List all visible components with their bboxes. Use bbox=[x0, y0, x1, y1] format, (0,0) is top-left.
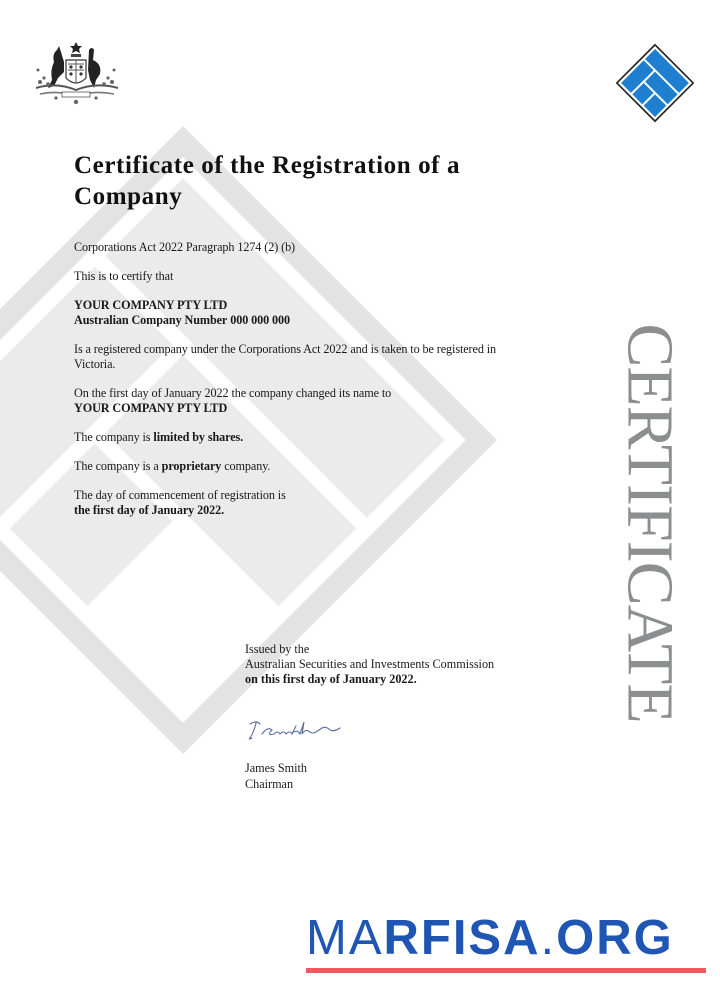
acn-value: 000 000 000 bbox=[230, 313, 290, 327]
issuer-line-2: Australian Securities and Investments Co… bbox=[245, 657, 494, 672]
proprietary-prefix: The company is a bbox=[74, 459, 162, 473]
brand-text: MARFISA.ORG bbox=[306, 912, 706, 964]
acn-label: Australian Company Number bbox=[74, 313, 227, 327]
signer-name: James Smith bbox=[245, 760, 307, 776]
commencement-line: The day of commencement of registration … bbox=[74, 488, 286, 502]
commencement-statement: The day of commencement of registration … bbox=[74, 488, 604, 518]
act-reference: Corporations Act 2022 Paragraph 1274 (2)… bbox=[74, 240, 604, 255]
name-change-statement: On the first day of January 2022 the com… bbox=[74, 386, 604, 416]
brand-dot: . bbox=[541, 911, 557, 965]
asic-diamond-logo-icon bbox=[614, 42, 696, 124]
registered-statement: Is a registered company under the Corpor… bbox=[74, 342, 604, 372]
name-change-line: On the first day of January 2022 the com… bbox=[74, 386, 391, 400]
new-company-name: YOUR COMPANY PTY LTD bbox=[74, 401, 227, 415]
vertical-certificate-label: CERTIFICATE bbox=[620, 258, 680, 788]
proprietary-statement: The company is a proprietary company. bbox=[74, 459, 604, 474]
limited-prefix: The company is bbox=[74, 430, 153, 444]
side-label-text: CERTIFICATE bbox=[612, 323, 688, 722]
title-line-1: Certificate of the Registration of a bbox=[74, 152, 460, 179]
brand-watermark: MARFISA.ORG bbox=[306, 912, 706, 973]
company-name: YOUR COMPANY PTY LTD bbox=[74, 298, 227, 312]
australian-coat-of-arms-icon bbox=[26, 40, 126, 110]
registered-line-2: Victoria. bbox=[74, 357, 115, 371]
brand-part-2: RFISA bbox=[384, 911, 541, 965]
limited-bold: limited by shares. bbox=[153, 430, 243, 444]
certificate-title: Certificate of the Registration of a Com… bbox=[74, 150, 604, 212]
signer-title: Chairman bbox=[245, 776, 307, 792]
certify-intro: This is to certify that bbox=[74, 269, 604, 284]
limited-statement: The company is limited by shares. bbox=[74, 430, 604, 445]
commencement-date: the first day of January 2022. bbox=[74, 503, 224, 517]
certificate-body: Certificate of the Registration of a Com… bbox=[74, 150, 604, 532]
brand-part-3: ORG bbox=[556, 911, 674, 965]
proprietary-bold: proprietary bbox=[162, 459, 222, 473]
proprietary-suffix: company. bbox=[221, 459, 270, 473]
company-identity: YOUR COMPANY PTY LTD Australian Company … bbox=[74, 298, 604, 328]
signature bbox=[246, 718, 346, 742]
issuer-line-3: on this first day of January 2022. bbox=[245, 672, 494, 687]
brand-part-1: MA bbox=[306, 911, 384, 965]
issuer-line-1: Issued by the bbox=[245, 642, 494, 657]
issuer-block: Issued by the Australian Securities and … bbox=[245, 642, 494, 687]
registered-line-1: Is a registered company under the Corpor… bbox=[74, 342, 496, 356]
brand-underline bbox=[306, 968, 706, 973]
signer-block: James Smith Chairman bbox=[245, 760, 307, 792]
title-line-2: Company bbox=[74, 183, 182, 210]
